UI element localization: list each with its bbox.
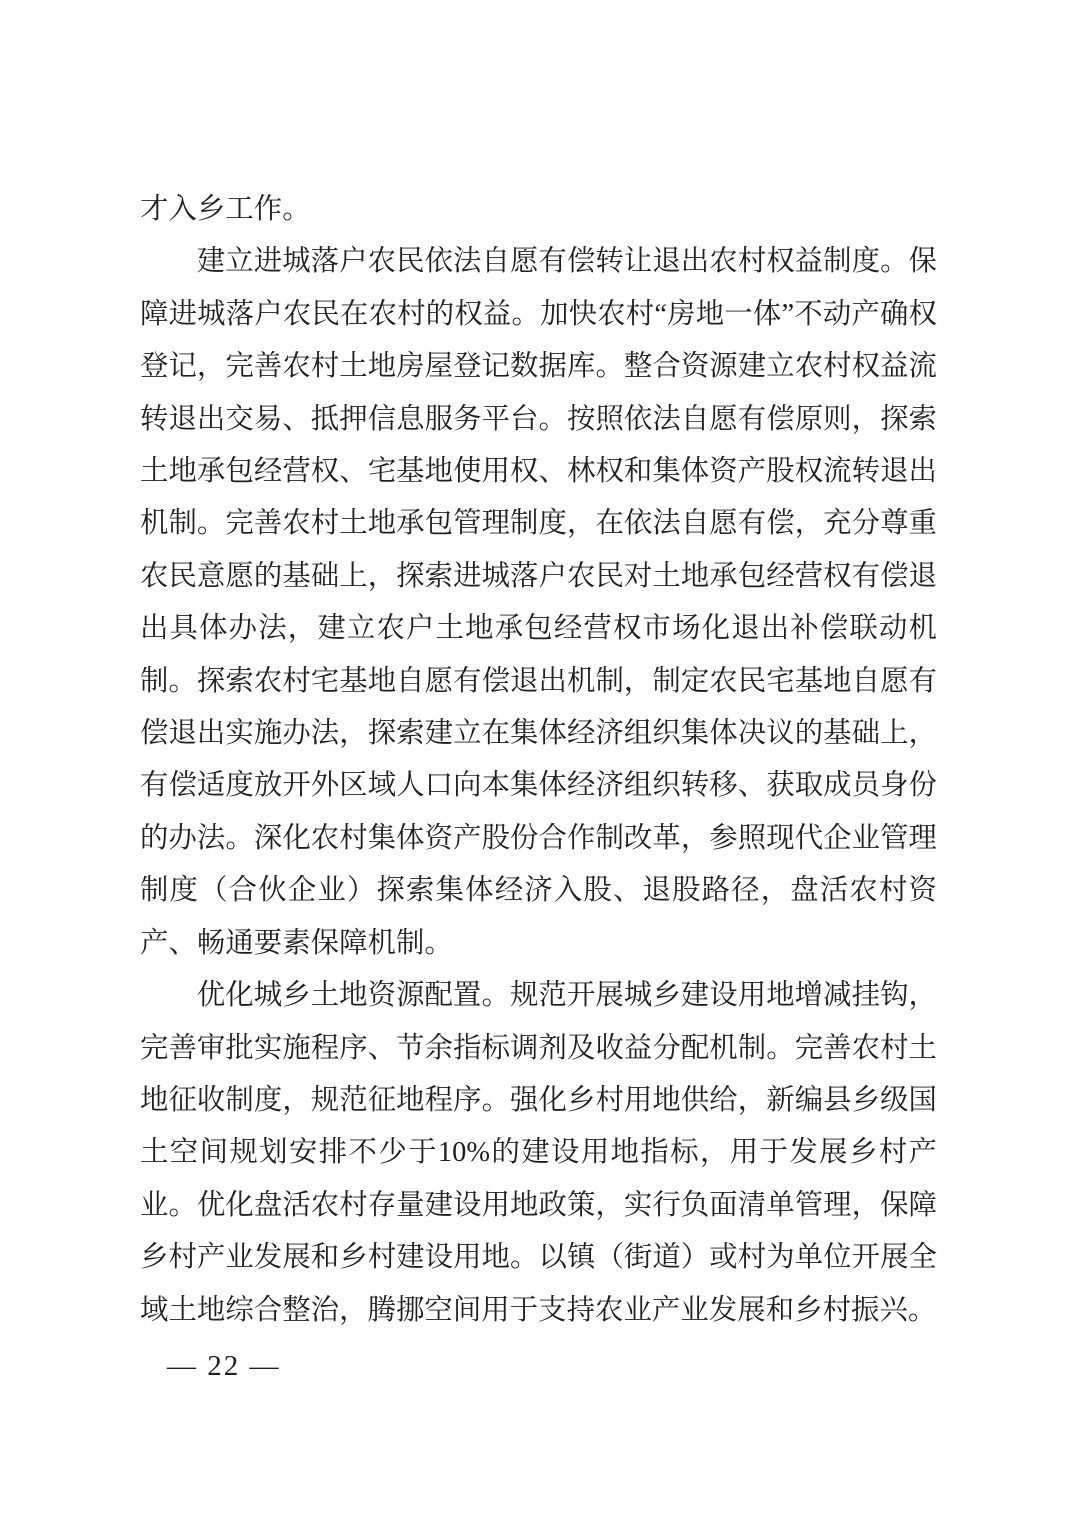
paragraph-continuation: 才入乡工作。	[140, 184, 937, 236]
page-number: — 22 —	[167, 1344, 281, 1388]
document-page: 才入乡工作。 建立进城落户农民依法自愿有偿转让退出农村权益制度。保障进城落户农民…	[0, 0, 1074, 1520]
page-body-text: 才入乡工作。 建立进城落户农民依法自愿有偿转让退出农村权益制度。保障进城落户农民…	[140, 184, 937, 1337]
paragraph-rural-rights-exit-system: 建立进城落户农民依法自愿有偿转让退出农村权益制度。保障进城落户农民在农村的权益。…	[140, 236, 937, 970]
paragraph-urban-rural-land-allocation: 优化城乡土地资源配置。规范开展城乡建设用地增减挂钩，完善审批实施程序、节余指标调…	[140, 970, 937, 1337]
